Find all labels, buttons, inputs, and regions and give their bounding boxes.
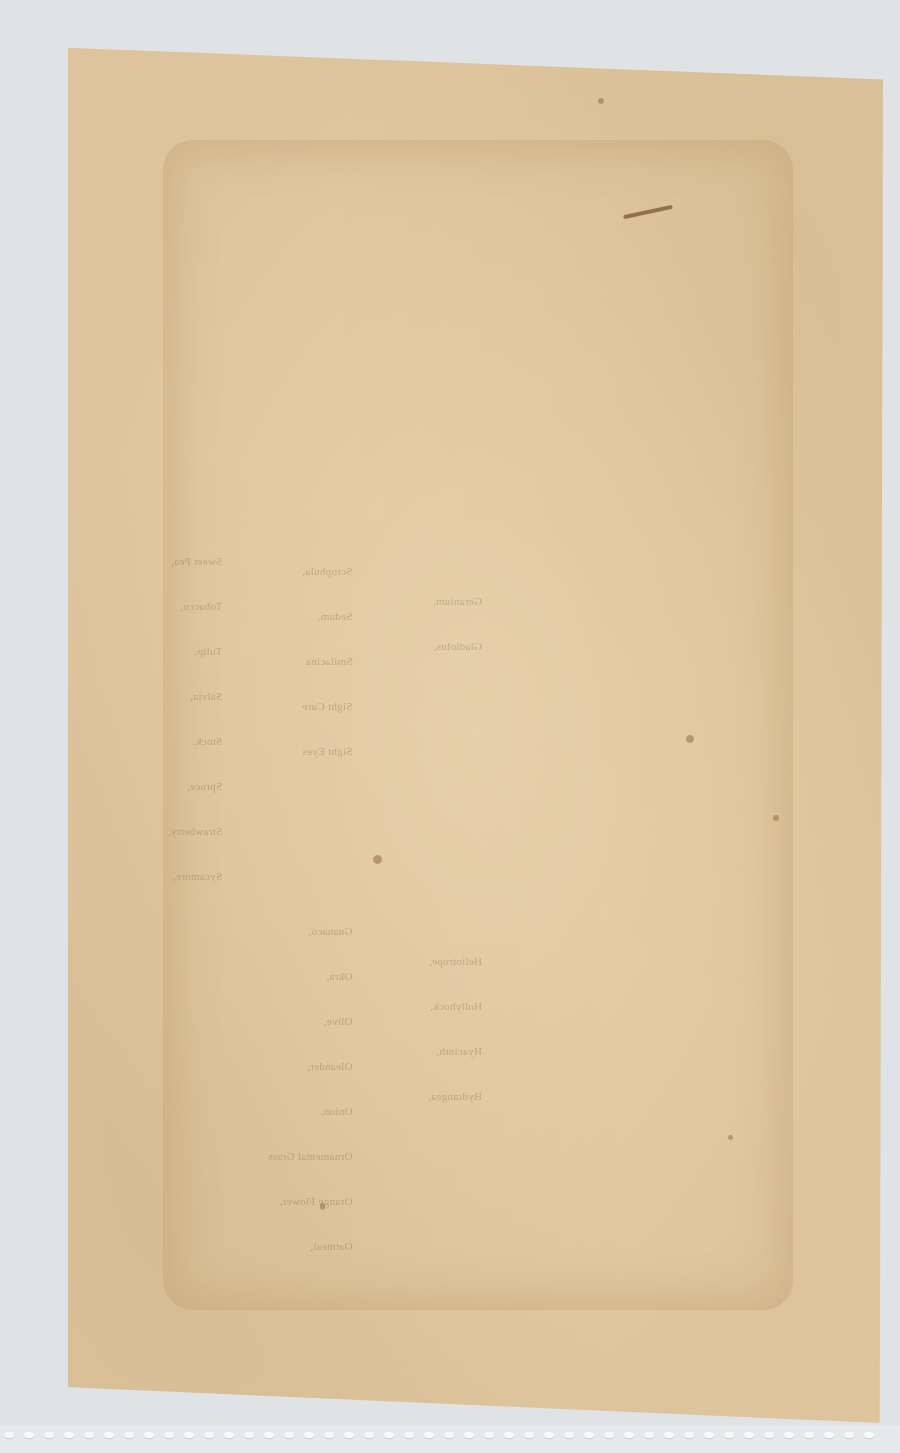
foxing-spot	[773, 815, 779, 821]
bleed-line: Ornamental Grass	[268, 1150, 353, 1165]
bleed-line: Spruce,	[168, 780, 222, 795]
bleed-line: Heliotrope,	[428, 955, 482, 970]
bleed-line: Strawberry,	[168, 825, 222, 840]
paper-sheet: Sweet Pea, Tobacco, Tulip, Salvia, Stock…	[68, 45, 883, 1423]
bleed-line: Sight Eyes	[268, 745, 353, 760]
bleed-line: Hollyhock,	[428, 1000, 482, 1015]
bleed-line: Sight Cure	[268, 700, 353, 715]
bleed-through-column-right: Sweet Pea, Tobacco, Tulip, Salvia, Stock…	[168, 525, 222, 915]
bleed-line: Smilacina	[268, 655, 353, 670]
foxing-spot	[373, 855, 382, 864]
bleed-line: Sedum,	[268, 610, 353, 625]
bleed-line: Guanaco,	[268, 925, 353, 940]
bleed-line: Sweet Pea,	[168, 555, 222, 570]
foxing-spot	[598, 98, 604, 104]
bleed-line: Hyacinth,	[428, 1045, 482, 1060]
foxing-spot	[686, 735, 694, 743]
foxing-spot	[728, 1135, 733, 1140]
bleed-line: Stock,	[168, 735, 222, 750]
bleed-through-column-left: Scrophula, Sedum, Smilacina Sight Cure S…	[268, 535, 353, 1285]
bleed-line: Gladiolus,	[428, 640, 482, 655]
bleed-line: Onion,	[268, 1105, 353, 1120]
bleed-line: Hydrangea,	[428, 1090, 482, 1105]
bleed-through-column-center: Geranium, Gladiolus, Heliotrope, Hollyho…	[428, 565, 482, 1135]
bleed-line: Orange Flower,	[268, 1195, 353, 1210]
bleed-line: Oatmeal,	[268, 1240, 353, 1255]
bleed-line: Tobacco,	[168, 600, 222, 615]
bleed-line: Sycamore,	[168, 870, 222, 885]
bleed-line: Salvia,	[168, 690, 222, 705]
bleed-line: Geranium,	[428, 595, 482, 610]
sleeve-perforations	[0, 1432, 900, 1446]
bleed-line: Olive,	[268, 1015, 353, 1030]
bleed-line: Tulip,	[168, 645, 222, 660]
bleed-line: Scrophula,	[268, 565, 353, 580]
bleed-line: Okra,	[268, 970, 353, 985]
bleed-line: Oleander,	[268, 1060, 353, 1075]
